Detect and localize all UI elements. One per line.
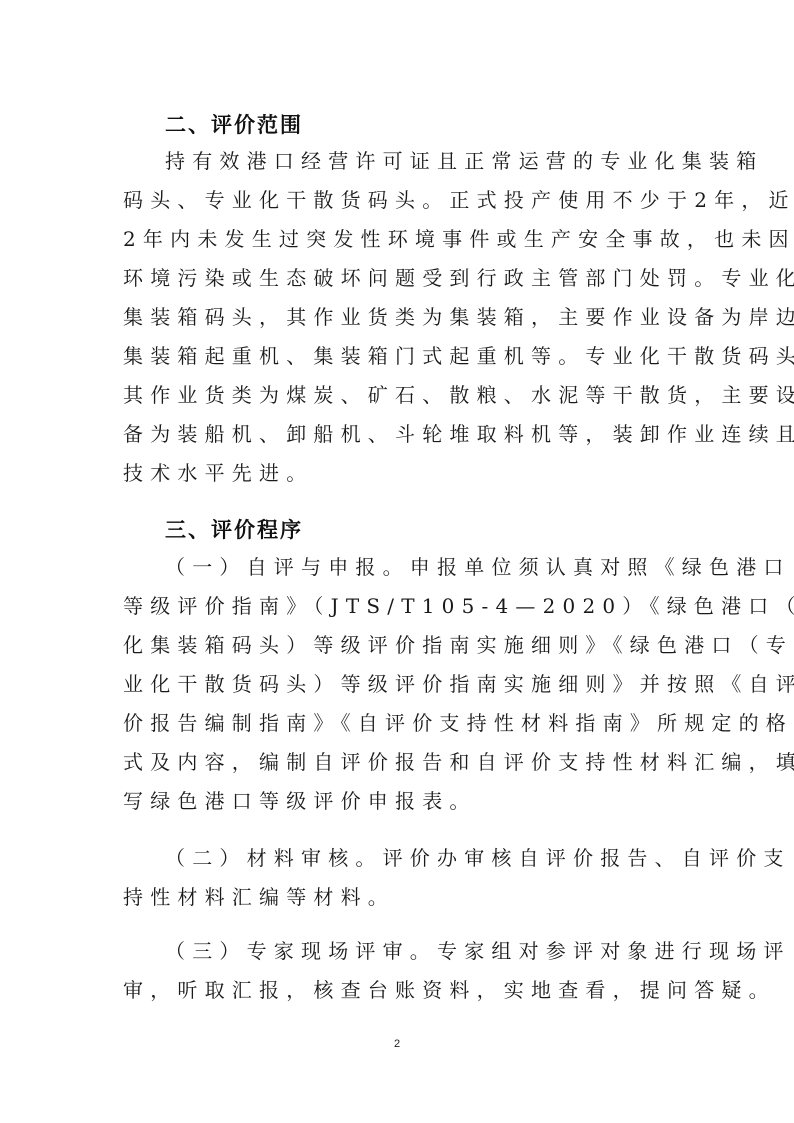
paragraph-line: （二）材料审核。评价办审核自评价报告、自评价支 bbox=[165, 843, 673, 873]
paragraph-line: 2年内未发生过突发性环境事件或生产安全事故，也未因 bbox=[123, 224, 673, 254]
document-page: 二、评价范围 持有效港口经营许可证且正常运营的专业化集装箱 码头、专业化干散货码… bbox=[0, 0, 794, 1123]
section-heading-scope: 二、评价范围 bbox=[165, 110, 303, 140]
paragraph-line: 等级评价指南》（JTS/T105-4—2020）《绿色港口（专业 bbox=[123, 591, 673, 621]
paragraph-line: 环境污染或生态破坏问题受到行政主管部门处罚。专业化 bbox=[123, 263, 673, 293]
paragraph-line: 持性材料汇编等材料。 bbox=[123, 882, 673, 912]
paragraph-line: 写绿色港口等级评价申报表。 bbox=[123, 786, 673, 816]
paragraph-line: 价报告编制指南》《自评价支持性材料指南》所规定的格 bbox=[123, 708, 673, 738]
paragraph-line: 审，听取汇报，核查台账资料，实地查看，提问答疑。 bbox=[123, 975, 673, 1005]
page-number: 2 bbox=[387, 1036, 407, 1052]
paragraph-line: 集装箱码头，其作业货类为集装箱，主要作业设备为岸边 bbox=[123, 302, 673, 332]
paragraph-line: 其作业货类为煤炭、矿石、散粮、水泥等干散货，主要设 bbox=[123, 380, 673, 410]
paragraph-line: 业化干散货码头）等级评价指南实施细则》并按照《自评 bbox=[123, 669, 673, 699]
paragraph-line: 持有效港口经营许可证且正常运营的专业化集装箱 bbox=[165, 146, 673, 176]
paragraph-line: 集装箱起重机、集装箱门式起重机等。专业化干散货码头， bbox=[123, 341, 673, 371]
section-heading-procedure: 三、评价程序 bbox=[165, 515, 303, 545]
paragraph-line: 码头、专业化干散货码头。正式投产使用不少于2年，近 bbox=[123, 185, 673, 215]
paragraph-line: （三）专家现场评审。专家组对参评对象进行现场评 bbox=[165, 936, 673, 966]
paragraph-line: 式及内容，编制自评价报告和自评价支持性材料汇编，填 bbox=[123, 747, 673, 777]
paragraph-line: （一）自评与申报。申报单位须认真对照《绿色港口 bbox=[165, 552, 673, 582]
paragraph-line: 技术水平先进。 bbox=[123, 458, 673, 488]
paragraph-line: 化集装箱码头）等级评价指南实施细则》《绿色港口（专 bbox=[123, 630, 673, 660]
paragraph-line: 备为装船机、卸船机、斗轮堆取料机等，装卸作业连续且 bbox=[123, 419, 673, 449]
